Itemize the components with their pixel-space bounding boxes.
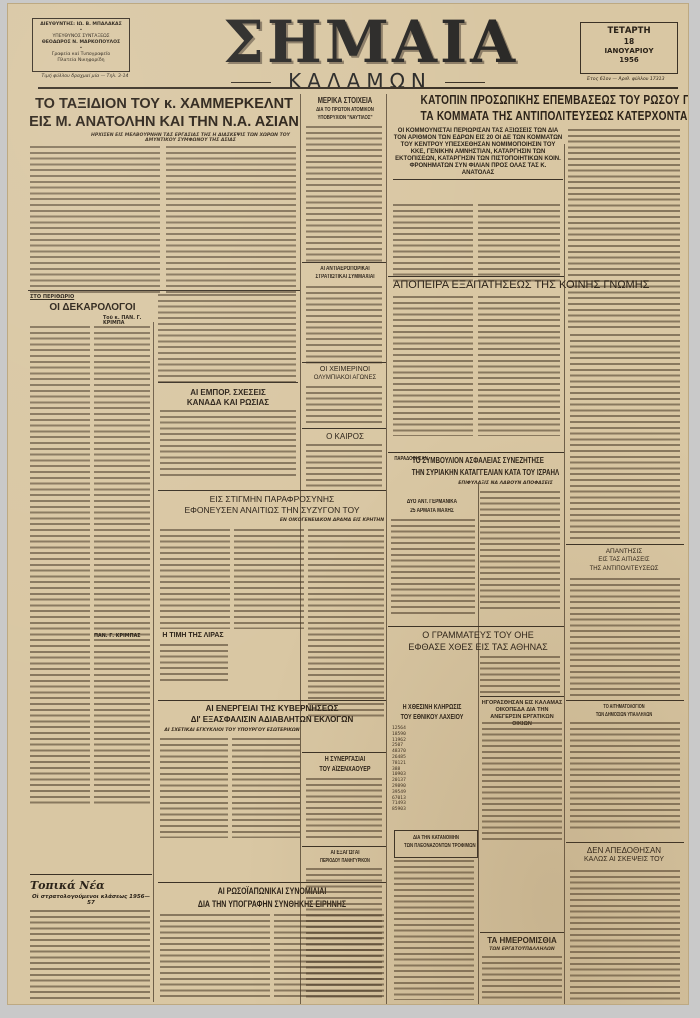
- subhead-ambassador: ΟΙ ΚΟΜΜΟΥΝΙΣΤΑΙ ΠΕΡΙΩΡΙΣΑΝ ΤΑΣ ΑΞΙΩΣΕΙΣ …: [393, 128, 563, 180]
- article-body-days-wages: [482, 956, 562, 1000]
- headline-winter-1: ΟΙ ΧΕΙΜΕΡΙΝΟΙ: [300, 366, 390, 373]
- kicker-madness: ΕΝ ΟΙΚΟΓΕΝΕΙΑΚΟΝ ΔΡΑΜΑ ΕΙΣ ΚΡΗΤΗΝ: [278, 518, 386, 523]
- newspaper-page: ΔΙΕΥΘΥΝΤΗΣ: ΙΩ. Β. ΜΠΑΛΑΚΑΣ • ΥΠΕΥΘΥΝΟΣ …: [8, 4, 688, 1004]
- headline-cooperation-2: ΤΟΥ ΑΪΖΕΝΧΑΟΥΕΡ: [310, 766, 380, 773]
- article-body-cooperation: [306, 778, 382, 840]
- article-body-ambassador-col2: [478, 204, 560, 284]
- article-body-security: [480, 491, 560, 611]
- year: 1956: [581, 56, 677, 64]
- article-body-right-top: [568, 129, 680, 329]
- headline-food-1: ΔΙΑ ΤΗΝ ΚΑΤΑΝΟΜΗΝ: [404, 835, 468, 841]
- article-body-exports: [306, 868, 382, 998]
- headline-attempt: ΑΠΟΠΕΙΡΑ ΕΞΑΠΑΤΗΣΕΩΣ ΤΗΣ ΚΟΙΝΗΣ ΓΝΩΜΗΣ: [393, 279, 563, 291]
- article-body-local-news: [30, 910, 150, 1000]
- office-address: Πλατεία Νικηφορίδη: [33, 58, 129, 64]
- headline-exports-2: ΠΕΡΙΟΔΟΥ ΠΑΝΗΓΥΡΙΚΟΝ: [310, 858, 380, 864]
- headline-security-2: ΤΗΝ ΣΥΡΙΑΚΗΝ ΚΑΤΑΓΓΕΛΙΑΝ ΚΑΤΑ ΤΟΥ ΙΣΡΑΗΛ: [412, 468, 545, 477]
- headline-civil-2: ΤΩΝ ΔΗΜΟΣΙΩΝ ΥΠΑΛΛΗΛΩΝ: [579, 712, 669, 718]
- headline-hammarskjold-1: ΤΟ ΤΑΞΙΔΙΟΝ ΤΟΥ κ. ΧΑΜΜΕΡΚΕΛΝΤ: [28, 96, 300, 113]
- kicker-security: ΕΠΙΦΥΛΑΞΙΣ ΝΑ ΛΑΒΟΥΝ ΑΠΟΦΑΣΕΙΣ: [448, 481, 563, 486]
- headline-civil-1: ΤΟ ΑΙΤΗΜΑΤΟΛΟΓΙΟΝ: [579, 704, 669, 710]
- article-body-ambassador: [393, 204, 473, 284]
- date-box: ΤΕΤΑΡΤΗ 18 ΙΑΝΟΥΑΡΙΟΥ 1956: [580, 22, 678, 74]
- article-body-decalogue: [30, 326, 90, 804]
- article-body-nautilus: [306, 126, 382, 264]
- weekday: ΤΕΤΑΡΤΗ: [581, 26, 677, 36]
- article-body-tanks: [391, 519, 475, 614]
- article-body-civil: [570, 722, 680, 832]
- headline-un-1: Ο ΓΡΑΜΜΑΤΕΥΣ ΤΟΥ ΟΗΕ: [393, 630, 563, 640]
- headline-not-returned-2: ΚΑΛΩΣ ΑΙ ΣΚΕΨΕΙΣ ΤΟΥ: [566, 856, 682, 863]
- article-body-madness-col2: [234, 529, 304, 629]
- day: 18: [581, 37, 677, 46]
- lottery-number: 85903: [392, 807, 476, 813]
- headline-ambassador-2: ΤΑ ΚΟΜΜΑΤΑ ΤΗΣ ΑΝΤΙΠΟΛΙΤΕΥΣΕΩΣ ΚΑΤΕΡΧΟΝΤ…: [421, 108, 652, 123]
- headline-canada-1: ΑΙ ΕΜΠΟΡ. ΣΧΕΣΕΙΣ: [158, 388, 298, 397]
- headline-replies-2: ΕΙΣ ΤΑΣ ΑΙΤΙΑΣΕΙΣ: [566, 557, 682, 563]
- article-body-continued: [158, 294, 296, 382]
- headline-security-1: ΤΟ ΣΥΜΒΟΥΛΙΟΝ ΑΣΦΑΛΕΙΑΣ ΣΥΝΕΖΗΤΗΣΕ: [412, 456, 545, 465]
- headline-pound: Η ΤΙΜΗ ΤΗΣ ΛΙΡΑΣ: [158, 632, 228, 639]
- article-body-antiaircraft: [306, 286, 382, 364]
- article-body-not-returned: [570, 870, 680, 1000]
- headline-food-2: ΤΩΝ ΠΛΕΟΝΑΖΟΝΤΩΝ ΤΡΟΦΙΜΩΝ: [404, 843, 468, 849]
- headline-nautilus-1: ΜΕΡΙΚΑ ΣΤΟΙΧΕΙΑ: [310, 96, 380, 105]
- headline-madness-1: ΕΙΣ ΣΤΙΓΜΗΝ ΠΑΡΑΦΡΟΣΥΝΗΣ: [158, 494, 386, 504]
- headline-days-wages: ΤΑ ΗΜΕΡΟΜΙΣΘΙΑ: [480, 936, 564, 945]
- headline-decalogue: ΟΙ ΔΕΚΑΡΟΛΟΓΟΙ: [30, 302, 155, 313]
- headline-not-returned-1: ΔΕΝ ΑΠΕΔΟΘΗΣΑΝ: [566, 846, 682, 855]
- article-body-government: [160, 738, 228, 838]
- headline-hammarskjold-2: ΕΙΣ Μ. ΑΝΑΤΟΛΗΝ ΚΑΙ ΤΗΝ Ν.Α. ΑΣΙΑΝ: [28, 114, 300, 131]
- headline-lottery-1: Η ΧΘΕΣΙΝΗ ΚΛΗΡΩΣΙΣ: [396, 704, 468, 711]
- headline-government-2: ΔΙ' ΕΞΑΣΦΑΛΙΣΙΝ ΑΔΙΑΒΛΗΤΩΝ ΕΚΛΟΓΩΝ: [158, 715, 386, 724]
- article-body-un: [480, 656, 560, 696]
- kicker-government: ΑΙ ΣΧΕΤΙΚΑΙ ΕΓΚΥΚΛΙΟΙ ΤΟΥ ΥΠΟΥΡΓΟΥ ΕΣΩΤΕ…: [158, 728, 306, 733]
- headline-replies-3: ΤΗΣ ΑΝΤΙΠΟΛΙΤΕΥΣΕΩΣ: [566, 566, 682, 572]
- headline-madness-2: ΕΦΟΝΕΥΣΕΝ ΑΝΑΙΤΙΩΣ ΤΗΝ ΣΥΖΥΓΟΝ ΤΟΥ: [158, 505, 386, 515]
- signature-decalogue: ΠΑΝ. Γ. ΚΡΙΜΠΑΣ: [94, 634, 141, 639]
- headline-nautilus-2: ΔΙΑ ΤΟ ΠΡΩΤΟΝ ΑΤΟΜΙΚΟΝ: [310, 107, 380, 113]
- headline-exports-1: ΑΙ ΕΞΑΓΩΓΑΙ: [310, 850, 380, 856]
- headline-un-2: ΕΦΘΑΣΕ ΧΘΕΣ ΕΙΣ ΤΑΣ ΑΘΗΝΑΣ: [393, 642, 563, 652]
- article-body-weather: [306, 444, 382, 489]
- article-body-hammarskjold: [30, 146, 160, 296]
- kicker-days-wages: ΤΩΝ ΕΡΓΑΤΟΫΠΑΛΛΗΛΩΝ: [480, 947, 564, 952]
- headline-antiaircraft-1: ΑΙ ΑΝΤΙΑΕΡΟΠΟΡΙΚΑΙ: [310, 266, 380, 272]
- headline-winter-2: ΟΛΥΜΠΙΑΚΟΙ ΑΓΩΝΕΣ: [300, 375, 390, 381]
- issue-line: Έτος 61ον — Ἀριθ. φύλλου 17313: [568, 77, 683, 83]
- headline-tanks-2: ΔΥΟ ΑΝΤ. ΓΕΡΜΑΝΙΚΑ: [396, 499, 468, 505]
- article-body-russo-japanese: [160, 914, 270, 1000]
- headline-lottery-2: ΤΟΥ ΕΘΝΙΚΟΥ ΛΑΧΕΙΟΥ: [396, 714, 468, 721]
- article-body-government-col2: [232, 738, 300, 838]
- headline-ambassador-1: ΚΑΤΟΠΙΝ ΠΡΟΣΩΠΙΚΗΣ ΕΠΕΜΒΑΣΕΩΣ ΤΟΥ ΡΩΣΟΥ …: [421, 92, 652, 107]
- article-body-attempt: [393, 296, 473, 436]
- price-line: Τιμή φύλλου δραχμαί μία — Τηλ. 3-14: [30, 74, 140, 80]
- newspaper-subtitle: ΚΑΛΑΜΩΝ: [275, 69, 445, 93]
- article-body-hammarskjold-col2: [166, 146, 296, 296]
- byline-decalogue: Τοῦ κ. ΠΑΝ. Γ. ΚΡΙΜΠΑ: [103, 316, 153, 326]
- section-local-news: Τοπικά Νέα: [30, 879, 105, 892]
- kicker-hammarskjold: ΗΡΧΙΣΕΝ ΕΙΣ ΜΕΛΒΟΥΡΝΗΝ ΤΑΣ ΕΡΓΑΣΙΑΣ ΤΗΣ …: [88, 133, 293, 143]
- headline-weather: Ο ΚΑΙΡΟΣ: [300, 432, 390, 441]
- newspaper-title: ΣΗΜΑΙΑ: [223, 8, 493, 76]
- article-body-food: [394, 860, 474, 1000]
- publisher-box: ΔΙΕΥΘΥΝΤΗΣ: ΙΩ. Β. ΜΠΑΛΑΚΑΣ • ΥΠΕΥΘΥΝΟΣ …: [32, 18, 130, 72]
- article-body-right-mid: [570, 334, 680, 539]
- month: ΙΑΝΟΥΑΡΙΟΥ: [581, 47, 677, 55]
- article-body-pound: [160, 644, 228, 684]
- food-box: ΔΙΑ ΤΗΝ ΚΑΤΑΝΟΜΗΝ ΤΩΝ ΠΛΕΟΝΑΖΟΝΤΩΝ ΤΡΟΦΙ…: [394, 830, 478, 858]
- headline-replies-1: ΑΠΑΝΤΗΣΙΣ: [566, 548, 682, 555]
- headline-government-1: ΑΙ ΕΝΕΡΓΕΙΑΙ ΤΗΣ ΚΥΒΕΡΝΗΣΕΩΣ: [158, 704, 386, 713]
- headline-canada-2: ΚΑΝΑΔΑ ΚΑΙ ΡΩΣΙΑΣ: [158, 398, 298, 407]
- lottery-numbers: 1256418590119622507483702648578121388109…: [392, 726, 476, 813]
- headline-antiaircraft-2: ΣΤΡΑΤΙΩΤΙΚΑΙ ΣΥΜΜΑΧΙΑΙ: [310, 274, 380, 280]
- article-body-madness-col3: [308, 529, 384, 719]
- article-body-winter: [306, 386, 382, 426]
- article-body-replies: [570, 578, 680, 698]
- subhead-local-news: Οἱ στρατολογούμενοι κλάσεως 1956—57: [30, 894, 152, 906]
- article-body-canada: [160, 410, 296, 476]
- article-body-attempt-col2: [478, 296, 560, 436]
- article-body-decalogue-col2: [94, 326, 150, 804]
- headline-tanks-3: 25 ΑΡΜΑΤΑ ΜΑΧΗΣ: [396, 508, 468, 514]
- section-label: ΣΤΟ ΠΕΡΙΘΩΡΙΟ: [30, 294, 74, 300]
- headline-nautilus-3: ΥΠΟΒΡΥΧΙΟΝ "ΝΑΥΤΙΛΟΣ": [310, 115, 380, 121]
- headline-cooperation-1: Η ΣΥΝΕΡΓΑΣΙΑΙ: [310, 756, 380, 763]
- article-body-kalamata: [482, 722, 562, 842]
- article-body-madness: [160, 529, 230, 629]
